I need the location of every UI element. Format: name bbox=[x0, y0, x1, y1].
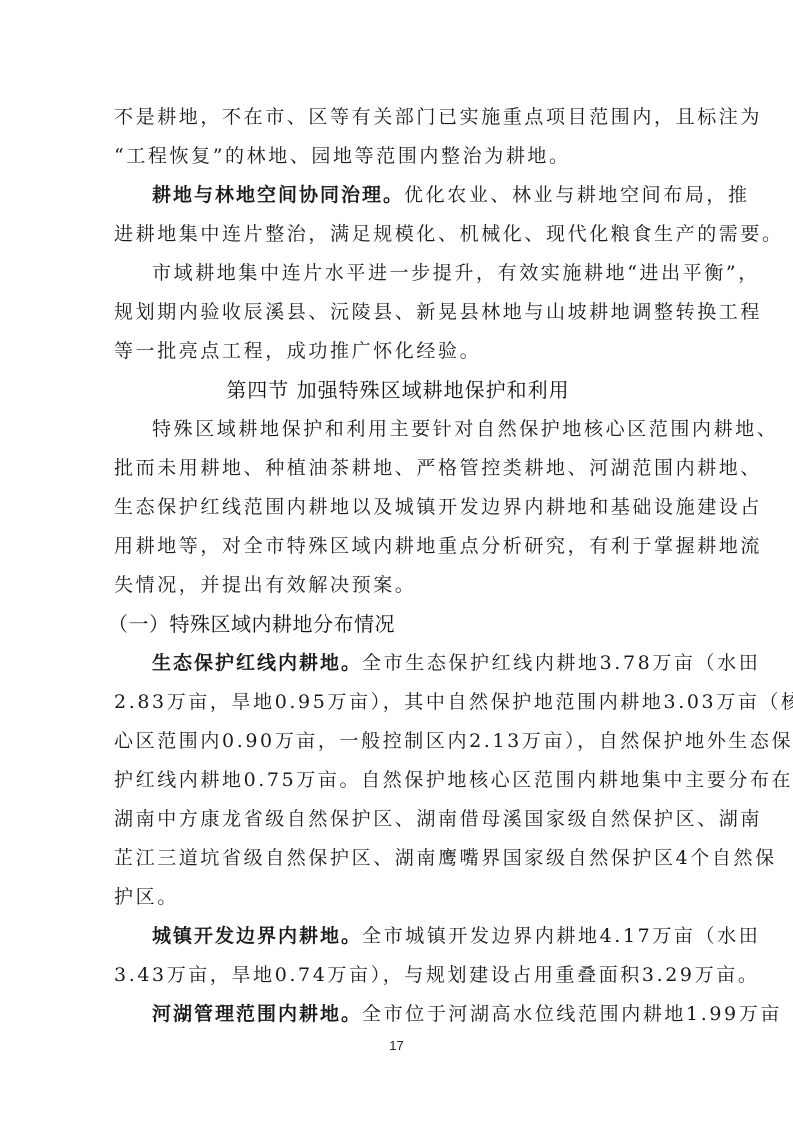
section-heading: 第四节 加强特殊区域耕地保护和利用 bbox=[114, 371, 682, 410]
body-text-line: 批而未用耕地、种植油茶耕地、严格管控类耕地、河湖范围内耕地、 bbox=[114, 449, 682, 488]
body-text: 全市生态保护红线内耕地3.78万亩（水田 bbox=[362, 652, 760, 674]
body-text-line: 湖南中方康龙省级自然保护区、湖南借母溪国家级自然保护区、湖南 bbox=[114, 800, 682, 839]
body-text-line: 河湖管理范围内耕地。全市位于河湖高水位线范围内耕地1.99万亩 bbox=[114, 995, 682, 1034]
document-page: 不是耕地，不在市、区等有关部门已实施重点项目范围内，且标注为 “工程恢复”的林地… bbox=[114, 98, 682, 1034]
subsection-heading: （一）特殊区域内耕地分布情况 bbox=[108, 605, 682, 644]
body-text-line: 生态保护红线内耕地。全市生态保护红线内耕地3.78万亩（水田 bbox=[114, 644, 682, 683]
body-text-line: 失情况，并提出有效解决预案。 bbox=[114, 566, 682, 605]
bold-lead-heading: 城镇开发边界内耕地。 bbox=[152, 925, 362, 947]
body-text: 全市城镇开发边界内耕地4.17万亩（水田 bbox=[362, 925, 760, 947]
body-text-line: 3.43万亩，旱地0.74万亩），与规划建设占用重叠面积3.29万亩。 bbox=[114, 956, 682, 995]
bold-lead-heading: 生态保护红线内耕地。 bbox=[152, 652, 362, 674]
body-text-line: 用耕地等，对全市特殊区域内耕地重点分析研究，有利于掌握耕地流 bbox=[114, 527, 682, 566]
body-text-line: 芷江三道坑省级自然保护区、湖南鹰嘴界国家级自然保护区4个自然保 bbox=[114, 839, 682, 878]
body-text-line: 特殊区域耕地保护和利用主要针对自然保护地核心区范围内耕地、 bbox=[114, 410, 682, 449]
body-text: 优化农业、林业与耕地空间布局，推 bbox=[404, 184, 750, 206]
page-number: 17 bbox=[0, 1038, 793, 1053]
body-text-line: 生态保护红线范围内耕地以及城镇开发边界内耕地和基础设施建设占 bbox=[114, 488, 682, 527]
body-text-line: 等一批亮点工程，成功推广怀化经验。 bbox=[114, 332, 682, 371]
body-text-line: 心区范围内0.90万亩，一般控制区内2.13万亩），自然保护地外生态保 bbox=[114, 722, 682, 761]
body-text-line: 进耕地集中连片整治，满足规模化、机械化、现代化粮食生产的需要。 bbox=[114, 215, 682, 254]
body-text-line: 耕地与林地空间协同治理。优化农业、林业与耕地空间布局，推 bbox=[114, 176, 682, 215]
body-text: 全市位于河湖高水位线范围内耕地1.99万亩 bbox=[362, 1003, 782, 1025]
body-text-line: 2.83万亩，旱地0.95万亩），其中自然保护地范围内耕地3.03万亩（核 bbox=[114, 683, 682, 722]
body-text-line: 不是耕地，不在市、区等有关部门已实施重点项目范围内，且标注为 bbox=[114, 98, 682, 137]
body-text-line: 市域耕地集中连片水平进一步提升，有效实施耕地“进出平衡”， bbox=[114, 254, 682, 293]
body-text-line: 护区。 bbox=[114, 878, 682, 917]
bold-lead-heading: 河湖管理范围内耕地。 bbox=[152, 1003, 362, 1025]
body-text-line: 城镇开发边界内耕地。全市城镇开发边界内耕地4.17万亩（水田 bbox=[114, 917, 682, 956]
body-text-line: 护红线内耕地0.75万亩。自然保护地核心区范围内耕地集中主要分布在 bbox=[114, 761, 682, 800]
body-text-line: “工程恢复”的林地、园地等范围内整治为耕地。 bbox=[114, 137, 682, 176]
bold-lead-heading: 耕地与林地空间协同治理。 bbox=[152, 184, 404, 206]
body-text-line: 规划期内验收辰溪县、沅陵县、新晃县林地与山坡耕地调整转换工程 bbox=[114, 293, 682, 332]
